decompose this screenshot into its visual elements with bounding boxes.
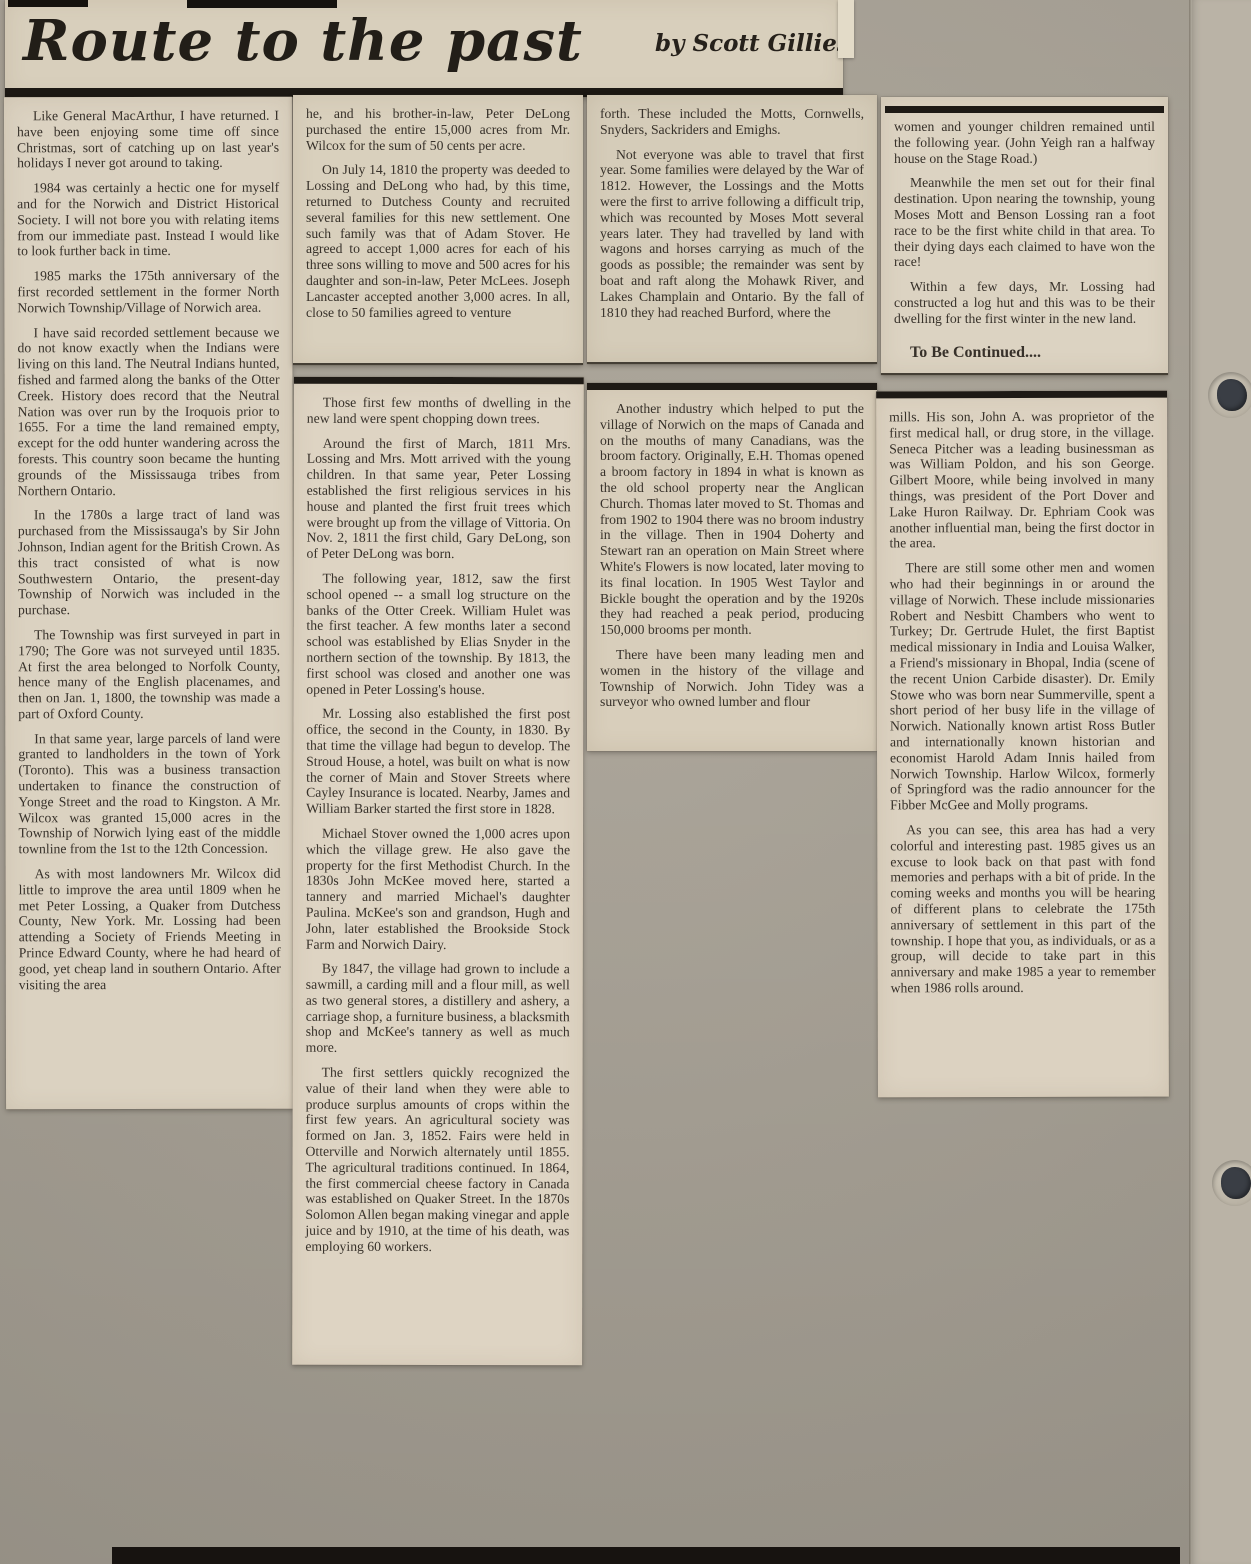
torn-edge-mark (8, 0, 88, 7)
page-title: Route to the past (23, 8, 583, 74)
byline: by Scott Gillies (655, 30, 843, 57)
paragraph: I have said recorded settlement because … (17, 324, 279, 498)
clipping-settlement-col2: he, and his brother-in-law, Peter DeLong… (293, 95, 583, 365)
paragraph: The first settlers quickly recognized th… (305, 1065, 569, 1255)
article-text: women and younger children remained unti… (881, 97, 1168, 344)
paragraph: Meanwhile the men set out for their fina… (894, 175, 1155, 270)
masthead-clipping: Route to the past by Scott Gillies (5, 0, 843, 97)
clipping-village-col3: mills. His son, John A. was proprietor o… (876, 391, 1169, 1098)
paragraph: There are still some other men and women… (890, 560, 1156, 813)
paragraph: The following year, 1812, saw the first … (306, 571, 570, 698)
paragraph: Those first few months of dwelling in th… (307, 395, 571, 427)
punched-hole (1208, 372, 1251, 418)
article-text: he, and his brother-in-law, Peter DeLong… (293, 95, 583, 337)
paragraph: By 1847, the village had grown to includ… (306, 961, 570, 1056)
column-rule (876, 391, 1167, 399)
paragraph: women and younger children remained unti… (894, 119, 1155, 166)
paragraph: Not everyone was able to travel that fir… (600, 147, 864, 321)
paragraph: Like General MacArthur, I have returned.… (17, 108, 279, 172)
paragraph: The Township was first surveyed in part … (18, 627, 280, 722)
column-rule (294, 377, 584, 385)
bottom-clipping-edge (112, 1547, 1180, 1564)
paragraph: mills. His son, John A. was proprietor o… (889, 409, 1154, 552)
scrapbook-page: Route to the past by Scott Gillies Like … (0, 0, 1251, 1564)
paragraph: In the 1780s a large tract of land was p… (18, 507, 280, 618)
paragraph: forth. These included the Motts, Cornwel… (600, 106, 864, 138)
article-text: Those first few months of dwelling in th… (292, 377, 584, 1272)
torn-edge-mark (187, 0, 337, 8)
article-text: mills. His son, John A. was proprietor o… (876, 391, 1169, 1013)
clipping-settlement-col4: women and younger children remained unti… (881, 97, 1168, 375)
clipping-village-col2: Another industry which helped to put the… (587, 383, 877, 751)
clipping-intro-column: Like General MacArthur, I have returned.… (4, 97, 294, 1110)
to-be-continued-note: To Be Continued.... (881, 344, 1168, 362)
article-text: Another industry which helped to put the… (587, 383, 877, 727)
hole-dark-center (1217, 379, 1247, 411)
column-rule (587, 383, 877, 390)
clipping-edge-sliver (838, 0, 854, 58)
article-text: Like General MacArthur, I have returned.… (4, 97, 294, 1010)
hole-dark-center (1221, 1167, 1251, 1199)
paragraph: There have been many leading men and wom… (600, 647, 864, 710)
paragraph: In that same year, large parcels of land… (18, 730, 280, 857)
paragraph: As with most landowners Mr. Wilcox did l… (19, 866, 281, 993)
page-right-margin (1192, 0, 1251, 1564)
paragraph: On July 14, 1810 the property was deeded… (306, 162, 570, 320)
column-rule (885, 106, 1164, 113)
paragraph: Mr. Lossing also established the first p… (306, 706, 570, 817)
punched-hole (1212, 1160, 1251, 1206)
paragraph: 1984 was certainly a hectic one for myse… (17, 180, 279, 260)
clipping-village-col1: Those first few months of dwelling in th… (292, 377, 584, 1366)
paragraph: As you can see, this area has had a very… (890, 822, 1155, 996)
paragraph: he, and his brother-in-law, Peter DeLong… (306, 106, 570, 153)
paragraph: 1985 marks the 175th anniversary of the … (17, 268, 279, 316)
paragraph: Another industry which helped to put the… (600, 401, 864, 638)
article-text: forth. These included the Motts, Cornwel… (587, 95, 877, 337)
paragraph: Around the first of March, 1811 Mrs. Los… (307, 435, 571, 562)
paragraph: Within a few days, Mr. Lossing had const… (894, 279, 1155, 326)
clipping-settlement-col3: forth. These included the Motts, Cornwel… (587, 95, 877, 364)
paragraph: Michael Stover owned the 1,000 acres upo… (306, 826, 570, 953)
